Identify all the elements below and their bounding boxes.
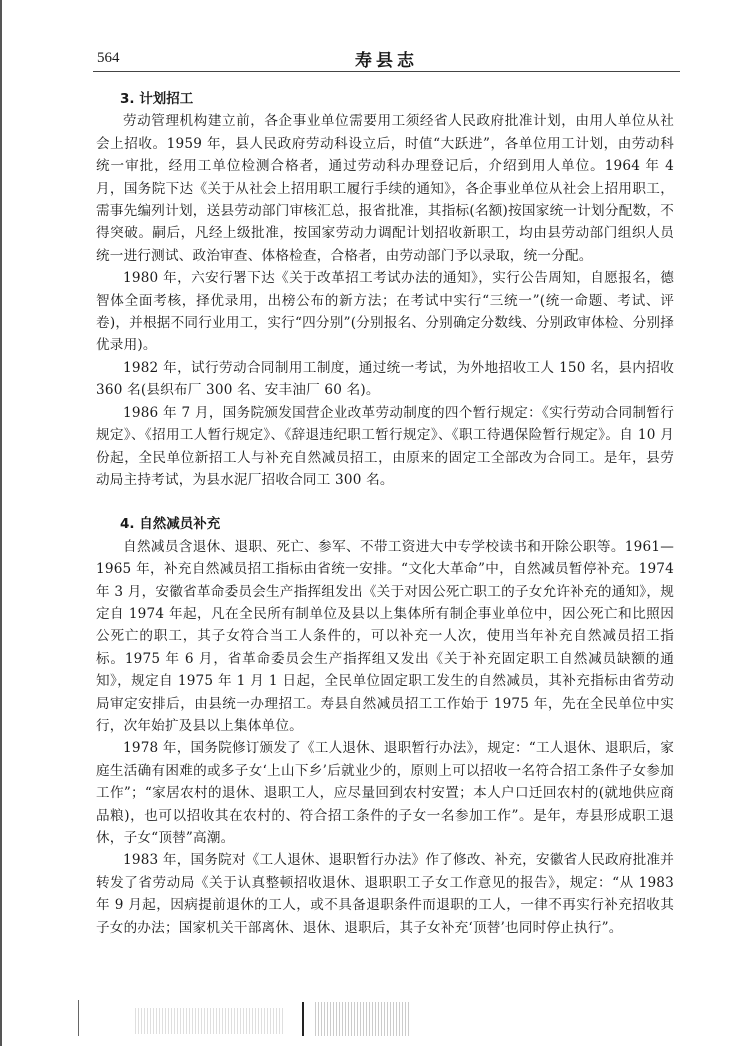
paragraph: 1986 年 7 月，国务院颁发国营企业改革劳动制度的四个暂行规定：《实行劳动合…	[96, 402, 674, 492]
scan-line	[302, 1002, 304, 1036]
paragraph: 1978 年，国务院修订颁发了《工人退休、退职暂行办法》，规定：“工人退休、退职…	[96, 737, 674, 849]
scan-edge	[0, 0, 2, 1046]
paragraph: 1982 年，试行劳动合同制用工制度，通过统一考试，为外地招收工人 150 名，…	[96, 357, 674, 402]
section-natural-attrition: 4. 自然减员补充 自然减员含退休、退职、死亡、参军、不带工资进大中专学校读书和…	[96, 513, 674, 939]
scan-noise	[135, 1008, 285, 1034]
page-body: 3. 计划招工 劳动管理机构建立前，各企事业单位需要用工须经省人民政府批准计划，…	[96, 88, 674, 939]
section-gap	[96, 491, 674, 513]
section-heading: 4. 自然减员补充	[96, 513, 674, 535]
section-planned-recruitment: 3. 计划招工 劳动管理机构建立前，各企事业单位需要用工须经省人民政府批准计划，…	[96, 88, 674, 491]
paragraph: 1983 年，国务院对《工人退休、退职暂行办法》作了修改、补充，安徽省人民政府批…	[96, 849, 674, 939]
paragraph: 自然减员含退休、退职、死亡、参军、不带工资进大中专学校读书和开除公职等。1961…	[96, 536, 674, 738]
book-title: 寿县志	[93, 46, 680, 71]
paragraph: 1980 年，六安行署下达《关于改革招工考试办法的通知》，实行公告周知，自愿报名…	[96, 267, 674, 357]
scan-artifacts	[0, 990, 747, 1030]
paragraph: 劳动管理机构建立前，各企事业单位需要用工须经省人民政府批准计划，由用人单位从社会…	[96, 110, 674, 267]
scan-noise	[315, 1002, 410, 1036]
header-rule	[93, 71, 680, 72]
scan-line	[78, 1000, 79, 1036]
page-header: 564 寿县志	[93, 44, 680, 72]
section-heading: 3. 计划招工	[96, 88, 674, 110]
